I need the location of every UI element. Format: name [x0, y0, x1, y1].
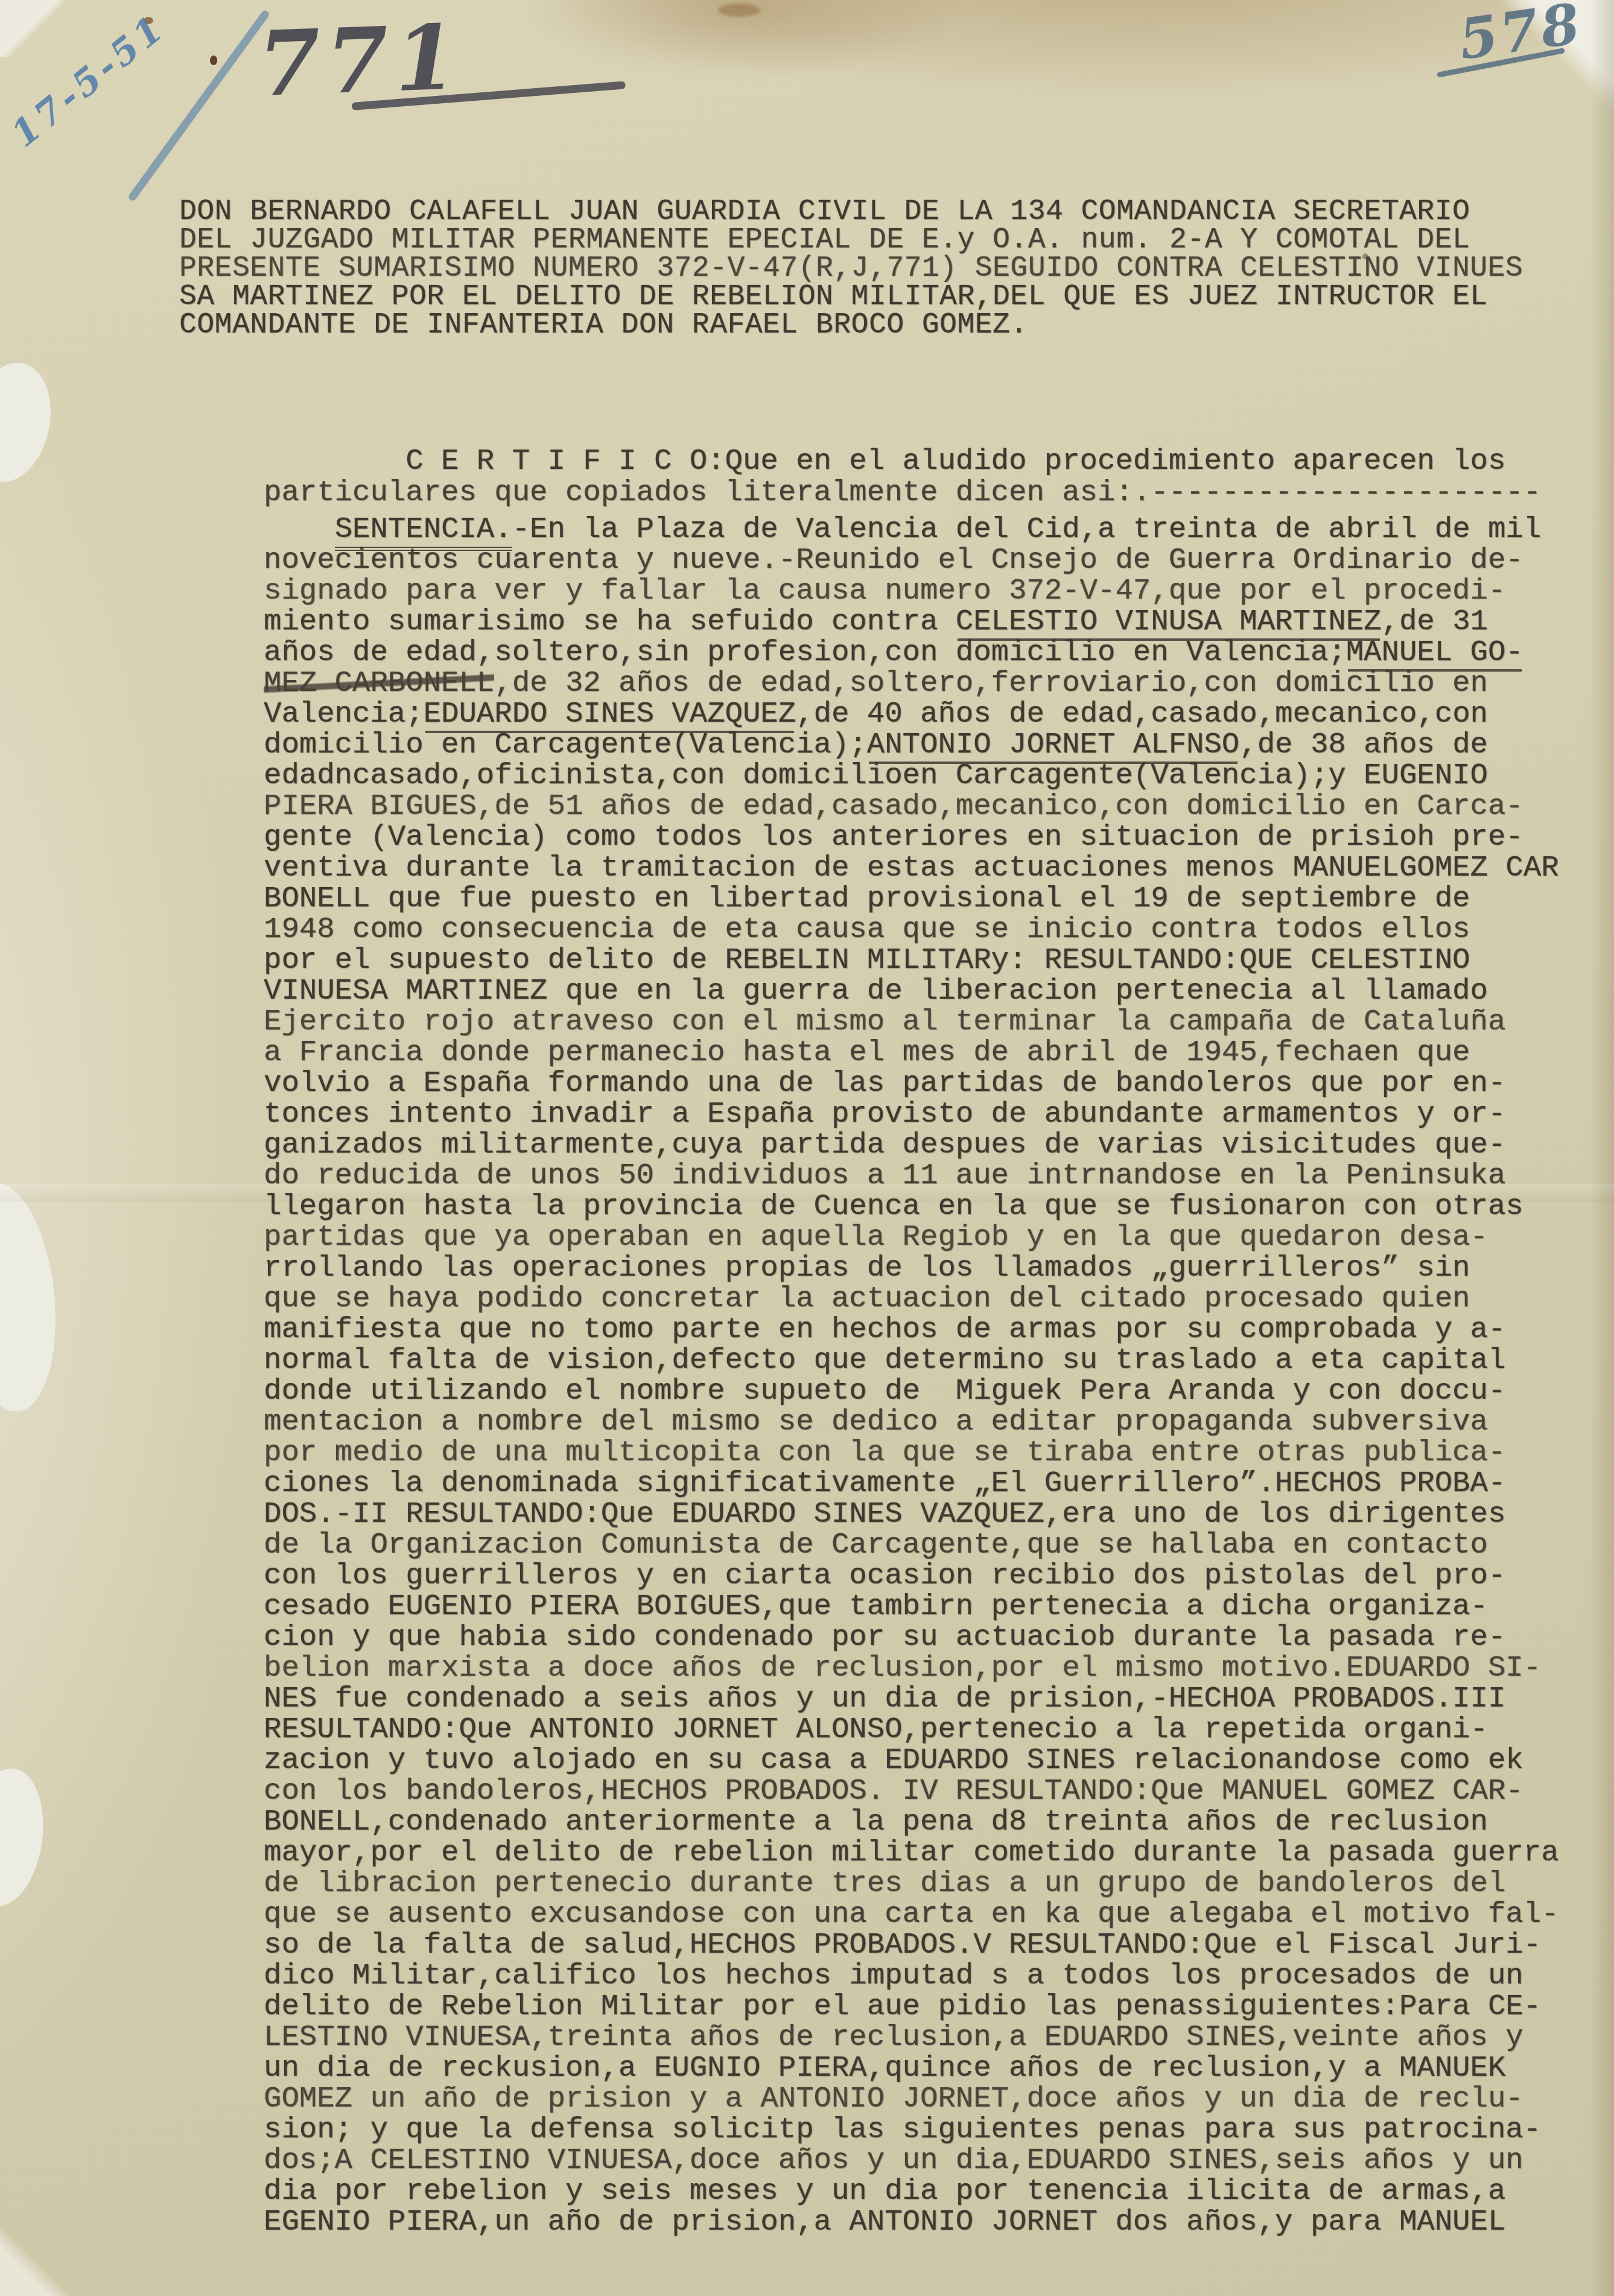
text-line: RESULTANDO:Que ANTONIO JORNET ALONSO,per… — [264, 1714, 1559, 1745]
text-line: normal falta de vision,defecto que deter… — [264, 1345, 1559, 1376]
handwritten-case-number: 771 — [257, 12, 465, 109]
text-line: particulares que copiados literalmente d… — [264, 477, 1541, 508]
page-edge-shadow — [1590, 0, 1614, 2296]
paper-tear — [0, 1178, 66, 1417]
text-line: dico Militar,califico los hechos imputad… — [264, 1961, 1559, 1991]
text-line: con los bandoleros,HECHOS PROBADOS. IV R… — [264, 1776, 1559, 1807]
text-line: de la Organizacion Comunista de Carcagen… — [264, 1530, 1559, 1560]
text-line: rrollando las operaciones propias de los… — [264, 1253, 1559, 1283]
certification-paragraph: C E R T I F I C O:Que en el aludido proc… — [264, 445, 1541, 508]
text-line: mentacion a nombre del mismo se dedico a… — [264, 1407, 1559, 1437]
text-line: do reducida de unos 50 individuos a 11 a… — [264, 1160, 1559, 1191]
sentencia-body-paragraph: SENTENCIA.-En la Plaza de Valencia del C… — [264, 514, 1559, 2237]
text-line: edadncasado,oficinista,con domicilioen C… — [264, 760, 1559, 791]
text-line: so de la falta de salud,HECHOS PROBADOS.… — [264, 1930, 1559, 1961]
torn-corner-top-left — [0, 0, 78, 57]
stain — [718, 4, 760, 17]
text-line: ganizados militarmente,cuya partida desp… — [264, 1130, 1559, 1160]
text-line: que se ausento excusandose con una carta… — [264, 1899, 1559, 1930]
text-line: SA MARTINEZ POR EL DELITO DE REBELION MI… — [179, 283, 1523, 311]
text-line: DON BERNARDO CALAFELL JUAN GUARDIA CIVIL… — [179, 198, 1523, 226]
text-line: BONELL que fue puesto en libertad provis… — [264, 883, 1559, 914]
text-line: PIERA BIGUES,de 51 años de edad,casado,m… — [264, 791, 1559, 822]
text-line: BONELL,condenado anteriormente a la pena… — [264, 1807, 1559, 1837]
text-line: DOS.-II RESULTANDO:Que EDUARDO SINES VAZ… — [264, 1499, 1559, 1530]
worn-corner-bottom-left — [0, 2224, 91, 2296]
scanned-document-page: 17-5-51 771 578 DON BERNARDO CALAFELL JU… — [0, 0, 1614, 2296]
text-line: donde utilizando el nombre supueto de Mi… — [264, 1376, 1559, 1407]
text-line: por medio de una multicopita con la que … — [264, 1437, 1559, 1468]
text-line: COMANDANTE DE INFANTERIA DON RAFAEL BROC… — [179, 311, 1523, 340]
annotated-name: EDUARDO SINES VAZQUEZ — [424, 697, 796, 731]
text-line: MEZ CARBONELL,de 32 años de edad,soltero… — [264, 668, 1559, 699]
text-line: signado para ver y fallar la causa numer… — [264, 576, 1559, 606]
text-line: sion; y que la defensa solicitp las sigu… — [264, 2114, 1559, 2145]
text-line: SENTENCIA.-En la Plaza de Valencia del C… — [264, 514, 1559, 545]
text-line: a Francia donde permanecio hasta el mes … — [264, 1037, 1559, 1068]
text-line: delito de Rebelion Militar por el aue pi… — [264, 1991, 1559, 2022]
text-line: ciones la denominada significativamente … — [264, 1468, 1559, 1499]
text-line: Ejercito rojo atraveso con el mismo al t… — [264, 1006, 1559, 1037]
text-line: novecientos cuarenta y nueve.-Reunido el… — [264, 545, 1559, 576]
paper-tear — [0, 355, 61, 490]
text-line: GOMEZ un año de prision y a ANTONIO JORN… — [264, 2084, 1559, 2114]
text-line: con los guerrilleros y en ciarta ocasion… — [264, 1560, 1559, 1591]
text-line: C E R T I F I C O:Que en el aludido proc… — [264, 445, 1541, 477]
text-line: un dia de reckusion,a EUGNIO PIERA,quinc… — [264, 2053, 1559, 2084]
text-line: LESTINO VINUESA,treinta años de reclusio… — [264, 2022, 1559, 2053]
text-line: cesado EUGENIO PIERA BOIGUES,que tambirn… — [264, 1591, 1559, 1622]
text-line: EGENIO PIERA,un año de prision,a ANTONIO… — [264, 2207, 1559, 2237]
text-line: gente (Valencia) como todos los anterior… — [264, 822, 1559, 853]
text-line: por el supuesto delito de REBELIN MILITA… — [264, 945, 1559, 976]
text-line: belion marxista a doce años de reclusion… — [264, 1653, 1559, 1684]
text-line: de libracion pertenecio durante tres dia… — [264, 1868, 1559, 1899]
annotated-name: MANUEL GO- — [1346, 635, 1523, 669]
text-line: 1948 como consecuencia de eta causa que … — [264, 914, 1559, 945]
annotated-name: ANTONIO JORNET ALFNSO — [867, 728, 1240, 762]
annotated-name: CELESTIO VINUSA MARTINEZ — [956, 605, 1382, 638]
ink-speck — [210, 56, 217, 65]
text-line: dia por rebelion y seis meses y un dia p… — [264, 2176, 1559, 2207]
text-line: tonces intento invadir a España provisto… — [264, 1099, 1559, 1130]
text-line: llegaron hasta la provincia de Cuenca en… — [264, 1191, 1559, 1222]
text-line: PRESENTE SUMARISIMO NUMERO 372-V-47(R,J,… — [179, 255, 1523, 283]
text-line: NES fue condenado a seis años y un dia d… — [264, 1684, 1559, 1714]
text-line: años de edad,soltero,sin profesion,con d… — [264, 637, 1559, 668]
document-header-paragraph: DON BERNARDO CALAFELL JUAN GUARDIA CIVIL… — [179, 198, 1523, 340]
text-line: que se haya podido concretar la actuacio… — [264, 1283, 1559, 1314]
text-line: partidas que ya operaban en aquella Regi… — [264, 1222, 1559, 1253]
text-line: manifiesta que no tomo parte en hechos d… — [264, 1314, 1559, 1345]
text-line: mayor,por el delito de rebelion militar … — [264, 1837, 1559, 1868]
annotated-name: MEZ CARBONELL — [264, 666, 494, 700]
text-line: zacion y tuvo alojado en su casa a EDUAR… — [264, 1745, 1559, 1776]
paper-tear — [0, 1763, 51, 1911]
text-line: domicilio en Carcagente(Valencia);ANTONI… — [264, 730, 1559, 760]
text-line: dos;A CELESTINO VINUESA,doce años y un d… — [264, 2145, 1559, 2176]
text-line: VINUESA MARTINEZ que en la guerra de lib… — [264, 976, 1559, 1006]
text-line: volvio a España formando una de las part… — [264, 1068, 1559, 1099]
text-line: cion y que habia sido condenado por su a… — [264, 1622, 1559, 1653]
text-line: DEL JUZGADO MILITAR PERMANENTE EPECIAL D… — [179, 226, 1523, 255]
text-line: Valencia;EDUARDO SINES VAZQUEZ,de 40 año… — [264, 699, 1559, 730]
text-line: ventiva durante la tramitacion de estas … — [264, 853, 1559, 883]
text-line: miento sumarisimo se ha sefuido contra C… — [264, 606, 1559, 637]
